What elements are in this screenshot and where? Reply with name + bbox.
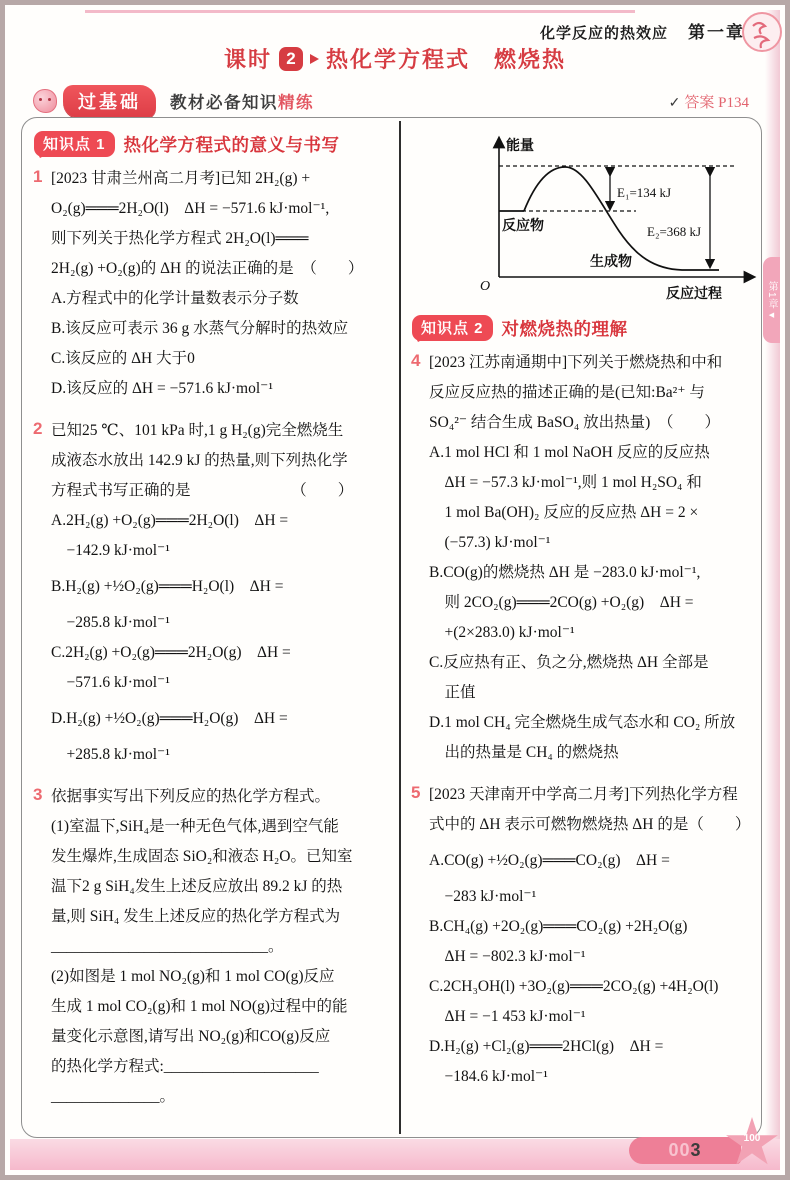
question-line: SO₄²⁻ 结合生成 BaSO₄ 放出热量) （ ） (429, 408, 768, 438)
answer-blank-line[interactable]: ____________________________。 (51, 932, 394, 962)
question-line: 依据事实写出下列反应的热化学方程式。 (51, 782, 394, 812)
knowledge-point-1-title: 热化学方程式的意义与书写 (124, 132, 340, 157)
chapter-side-tab[interactable]: 第1章 ◀ (763, 257, 780, 343)
question-line: C.该反应的 ΔH 大于0 (51, 344, 394, 374)
question-line: D.1 mol CH₄ 完全燃烧生成气态水和 CO₂ 所放 (429, 708, 768, 738)
question-5: 5[2023 天津南开中学高二月考]下列热化学方程式中的 ΔH 表示可燃物燃烧热… (412, 780, 768, 1092)
question-line: −142.9 kJ·mol⁻¹ (51, 536, 394, 566)
question-line: 式中的 ΔH 表示可燃物燃烧热 ΔH 的是（ ） (429, 810, 768, 840)
question-number: 4 (411, 351, 420, 371)
question-line: [2023 甘肃兰州高二月考]已知 2H₂(g) + (51, 164, 394, 194)
question-3: 3依据事实写出下列反应的热化学方程式。(1)室温下,SiH₄是一种无色气体,遇到… (34, 782, 394, 1112)
knowledge-point-2-badge: 知识点 2 (412, 315, 493, 341)
section-badge: 过基础 (63, 85, 156, 118)
answer-blank-line[interactable]: 的热化学方程式:____________________ (51, 1052, 394, 1082)
arrow-right-icon (310, 54, 319, 64)
tab-arrow-icon: ◀ (769, 311, 774, 319)
question-line: 反应反应热的描述正确的是(已知:Ba²⁺ 与 (429, 378, 768, 408)
diagram-x-axis-label: 反应过程 (666, 285, 722, 302)
answer-reference-label: 答案 P134 (684, 95, 749, 111)
knowledge-point-2-title: 对燃烧热的理解 (502, 316, 628, 341)
question-number: 3 (33, 785, 42, 805)
question-line: −283 kJ·mol⁻¹ (429, 882, 768, 912)
diagram-e2-label: E₂=368 kJ (647, 224, 701, 239)
question-line: B.CH₄(g) +2O₂(g)═══CO₂(g) +2H₂O(g) (429, 912, 768, 942)
question-number: 1 (33, 167, 42, 187)
question-line: ΔH = −57.3 kJ·mol⁻¹,则 1 mol H₂SO₄ 和 (429, 468, 768, 498)
question-line: −184.6 kJ·mol⁻¹ (429, 1062, 768, 1092)
right-column: 能量 反应过程 O 反应物 生成物 E₁=134 kJ E₂=368 kJ 知识… (412, 126, 768, 1104)
page-number-digit: 3 (691, 1140, 702, 1161)
knowledge-point-2-header: 知识点 2 对燃烧热的理解 (412, 315, 768, 341)
running-head: 化学反应的热效应 第一章 (540, 18, 745, 43)
question-line: B.CO(g)的燃烧热 ΔH 是 −283.0 kJ·mol⁻¹, (429, 558, 768, 588)
question-line: 发生爆炸,生成固态 SiO₂和液态 H₂O。已知室 (51, 842, 394, 872)
column-divider (399, 121, 401, 1134)
checkmark-icon: ✓ (669, 96, 681, 111)
question-1: 1[2023 甘肃兰州高二月考]已知 2H₂(g) +O₂(g)═══2H₂O(… (34, 164, 394, 404)
question-line: ΔH = −802.3 kJ·mol⁻¹ (429, 942, 768, 972)
chapter-side-tab-label: 第1章 (764, 281, 779, 310)
question-line: 出的热量是 CH₄ 的燃烧热 (429, 738, 768, 768)
answer-blank-line[interactable]: ______________。 (51, 1082, 394, 1112)
content-box: 知识点 1 热化学方程式的意义与书写 1[2023 甘肃兰州高二月考]已知 2H… (21, 117, 762, 1138)
question-line: 1 mol Ba(OH)₂ 反应的反应热 ΔH = 2 × (429, 498, 768, 528)
question-line: +285.8 kJ·mol⁻¹ (51, 740, 394, 770)
answer-reference[interactable]: ✓答案 P134 (669, 91, 749, 112)
question-line: D.该反应的 ΔH = −571.6 kJ·mol⁻¹ (51, 374, 394, 404)
question-line: 已知25 ℃、101 kPa 时,1 g H₂(g)完全燃烧生 (51, 416, 394, 446)
question-line: O₂(g)═══2H₂O(l) ΔH = −571.6 kJ·mol⁻¹, (51, 194, 394, 224)
question-line: D.H₂(g) +Cl₂(g)═══2HCl(g) ΔH = (429, 1032, 768, 1062)
question-line: −285.8 kJ·mol⁻¹ (51, 608, 394, 638)
question-line: A.CO(g) +½O₂(g)═══CO₂(g) ΔH = (429, 840, 768, 882)
left-questions: 1[2023 甘肃兰州高二月考]已知 2H₂(g) +O₂(g)═══2H₂O(… (34, 164, 394, 1112)
mascot-icon (33, 89, 57, 113)
section-bar: 过基础 教材必备知识精练 ✓答案 P134 (33, 85, 749, 117)
question-4: 4[2023 江苏南通期中]下列关于燃烧热和中和反应反应热的描述正确的是(已知:… (412, 348, 768, 768)
right-questions: 4[2023 江苏南通期中]下列关于燃烧热和中和反应反应热的描述正确的是(已知:… (412, 348, 768, 1092)
question-line: 正值 (429, 678, 768, 708)
section-subtitle: 教材必备知识精练 (170, 89, 314, 113)
question-line: C.反应热有正、负之分,燃烧热 ΔH 全部是 (429, 648, 768, 678)
question-line: 量,则 SiH₄ 发生上述反应的热化学方程式为 (51, 902, 394, 932)
question-line: (2)如图是 1 mol NO₂(g)和 1 mol CO(g)反应 (51, 962, 394, 992)
lesson-name: 热化学方程式 燃烧热 (326, 43, 566, 74)
diagram-products-label: 生成物 (590, 253, 632, 270)
knowledge-point-1-header: 知识点 1 热化学方程式的意义与书写 (34, 131, 394, 157)
question-line: 量变化示意图,请写出 NO₂(g)和CO(g)反应 (51, 1022, 394, 1052)
diagram-reactants-label: 反应物 (502, 217, 544, 234)
question-line: C.2CH₃OH(l) +3O₂(g)═══2CO₂(g) +4H₂O(l) (429, 972, 768, 1002)
question-line: 成液态水放出 142.9 kJ 的热量,则下列热化学 (51, 446, 394, 476)
question-line: 方程式书写正确的是 （ ） (51, 476, 394, 506)
knowledge-point-1-badge: 知识点 1 (34, 131, 115, 157)
question-number: 2 (33, 419, 42, 439)
energy-diagram: 能量 反应过程 O 反应物 生成物 E₁=134 kJ E₂=368 kJ (414, 126, 768, 309)
question-line: +(2×283.0) kJ·mol⁻¹ (429, 618, 768, 648)
diagram-y-axis-label: 能量 (506, 137, 534, 154)
chapter-title: 化学反应的热效应 (540, 26, 668, 42)
question-line: ΔH = −1 453 kJ·mol⁻¹ (429, 1002, 768, 1032)
question-line: (−57.3) kJ·mol⁻¹ (429, 528, 768, 558)
question-line: B.该反应可表示 36 g 水蒸气分解时的热效应 (51, 314, 394, 344)
question-line: A.1 mol HCl 和 1 mol NaOH 反应的反应热 (429, 438, 768, 468)
page-number: 003 (629, 1137, 741, 1164)
question-line: 则下列关于热化学方程式 2H₂O(l)═══ (51, 224, 394, 254)
section-subtitle-main: 教材必备知识 (170, 93, 278, 112)
question-line: 2H₂(g) +O₂(g)的 ΔH 的说法正确的是 （ ） (51, 254, 394, 284)
page-edge-line (85, 10, 635, 13)
page-number-prefix: 00 (668, 1140, 690, 1161)
question-line: 则 2CO₂(g)═══2CO(g) +O₂(g) ΔH = (429, 588, 768, 618)
diagram-origin-label: O (480, 279, 490, 294)
question-line: [2023 江苏南通期中]下列关于燃烧热和中和 (429, 348, 768, 378)
question-line: A.2H₂(g) +O₂(g)═══2H₂O(l) ΔH = (51, 506, 394, 536)
question-line: 温下2 g SiH₄发生上述反应放出 89.2 kJ 的热 (51, 872, 394, 902)
question-line: D.H₂(g) +½O₂(g)═══H₂O(g) ΔH = (51, 698, 394, 740)
question-line: [2023 天津南开中学高二月考]下列热化学方程 (429, 780, 768, 810)
question-line: C.2H₂(g) +O₂(g)═══2H₂O(g) ΔH = (51, 638, 394, 668)
question-line: 生成 1 mol CO₂(g)和 1 mol NO(g)过程中的能 (51, 992, 394, 1022)
question-line: B.H₂(g) +½O₂(g)═══H₂O(l) ΔH = (51, 566, 394, 608)
diagram-e1-label: E₁=134 kJ (617, 185, 671, 200)
workbook-page: 化学反应的热效应 第一章 课时 2 热化学方程式 燃烧热 过基础 教材必备知识精… (0, 0, 790, 1180)
question-number: 5 (411, 783, 420, 803)
lesson-title: 课时 2 热化学方程式 燃烧热 (5, 43, 785, 74)
left-column: 知识点 1 热化学方程式的意义与书写 1[2023 甘肃兰州高二月考]已知 2H… (34, 126, 394, 1124)
section-subtitle-accent: 精练 (278, 93, 314, 112)
question-line: −571.6 kJ·mol⁻¹ (51, 668, 394, 698)
lesson-prefix: 课时 (224, 43, 272, 74)
question-line: A.方程式中的化学计量数表示分子数 (51, 284, 394, 314)
question-line: (1)室温下,SiH₄是一种无色气体,遇到空气能 (51, 812, 394, 842)
lesson-number-badge: 2 (279, 47, 303, 71)
question-2: 2已知25 ℃、101 kPa 时,1 g H₂(g)完全燃烧生成液态水放出 1… (34, 416, 394, 770)
